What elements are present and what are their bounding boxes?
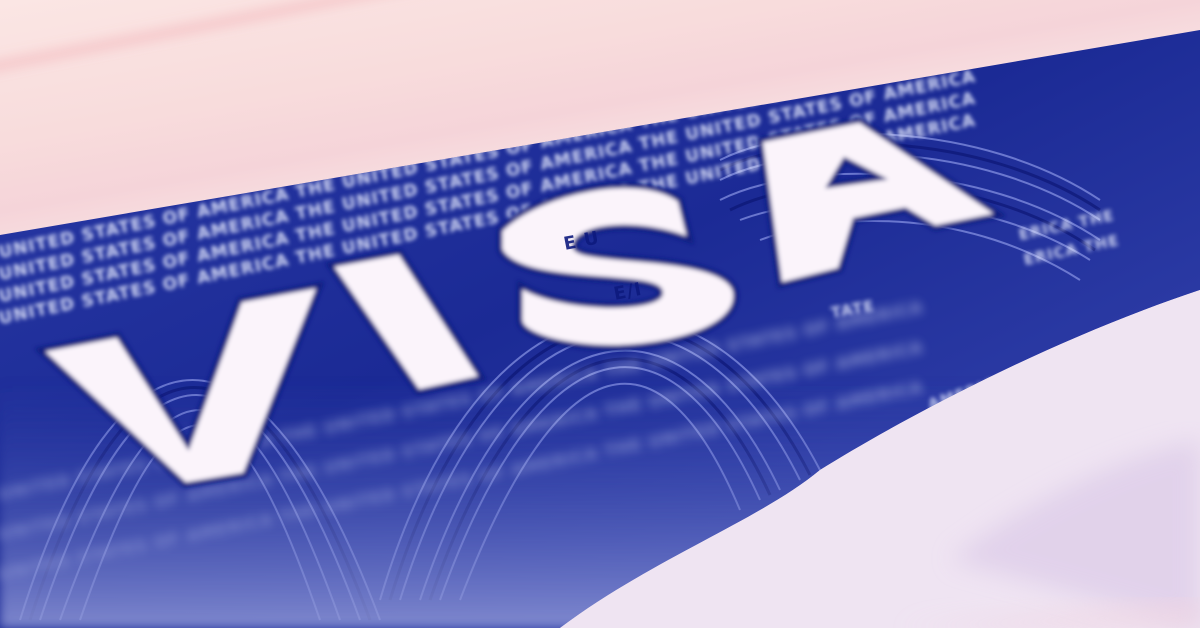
passport-page-bottom bbox=[0, 0, 1200, 628]
visa-photo: UNITED STATES OF AMERICA THE UNITED STAT… bbox=[0, 0, 1200, 628]
